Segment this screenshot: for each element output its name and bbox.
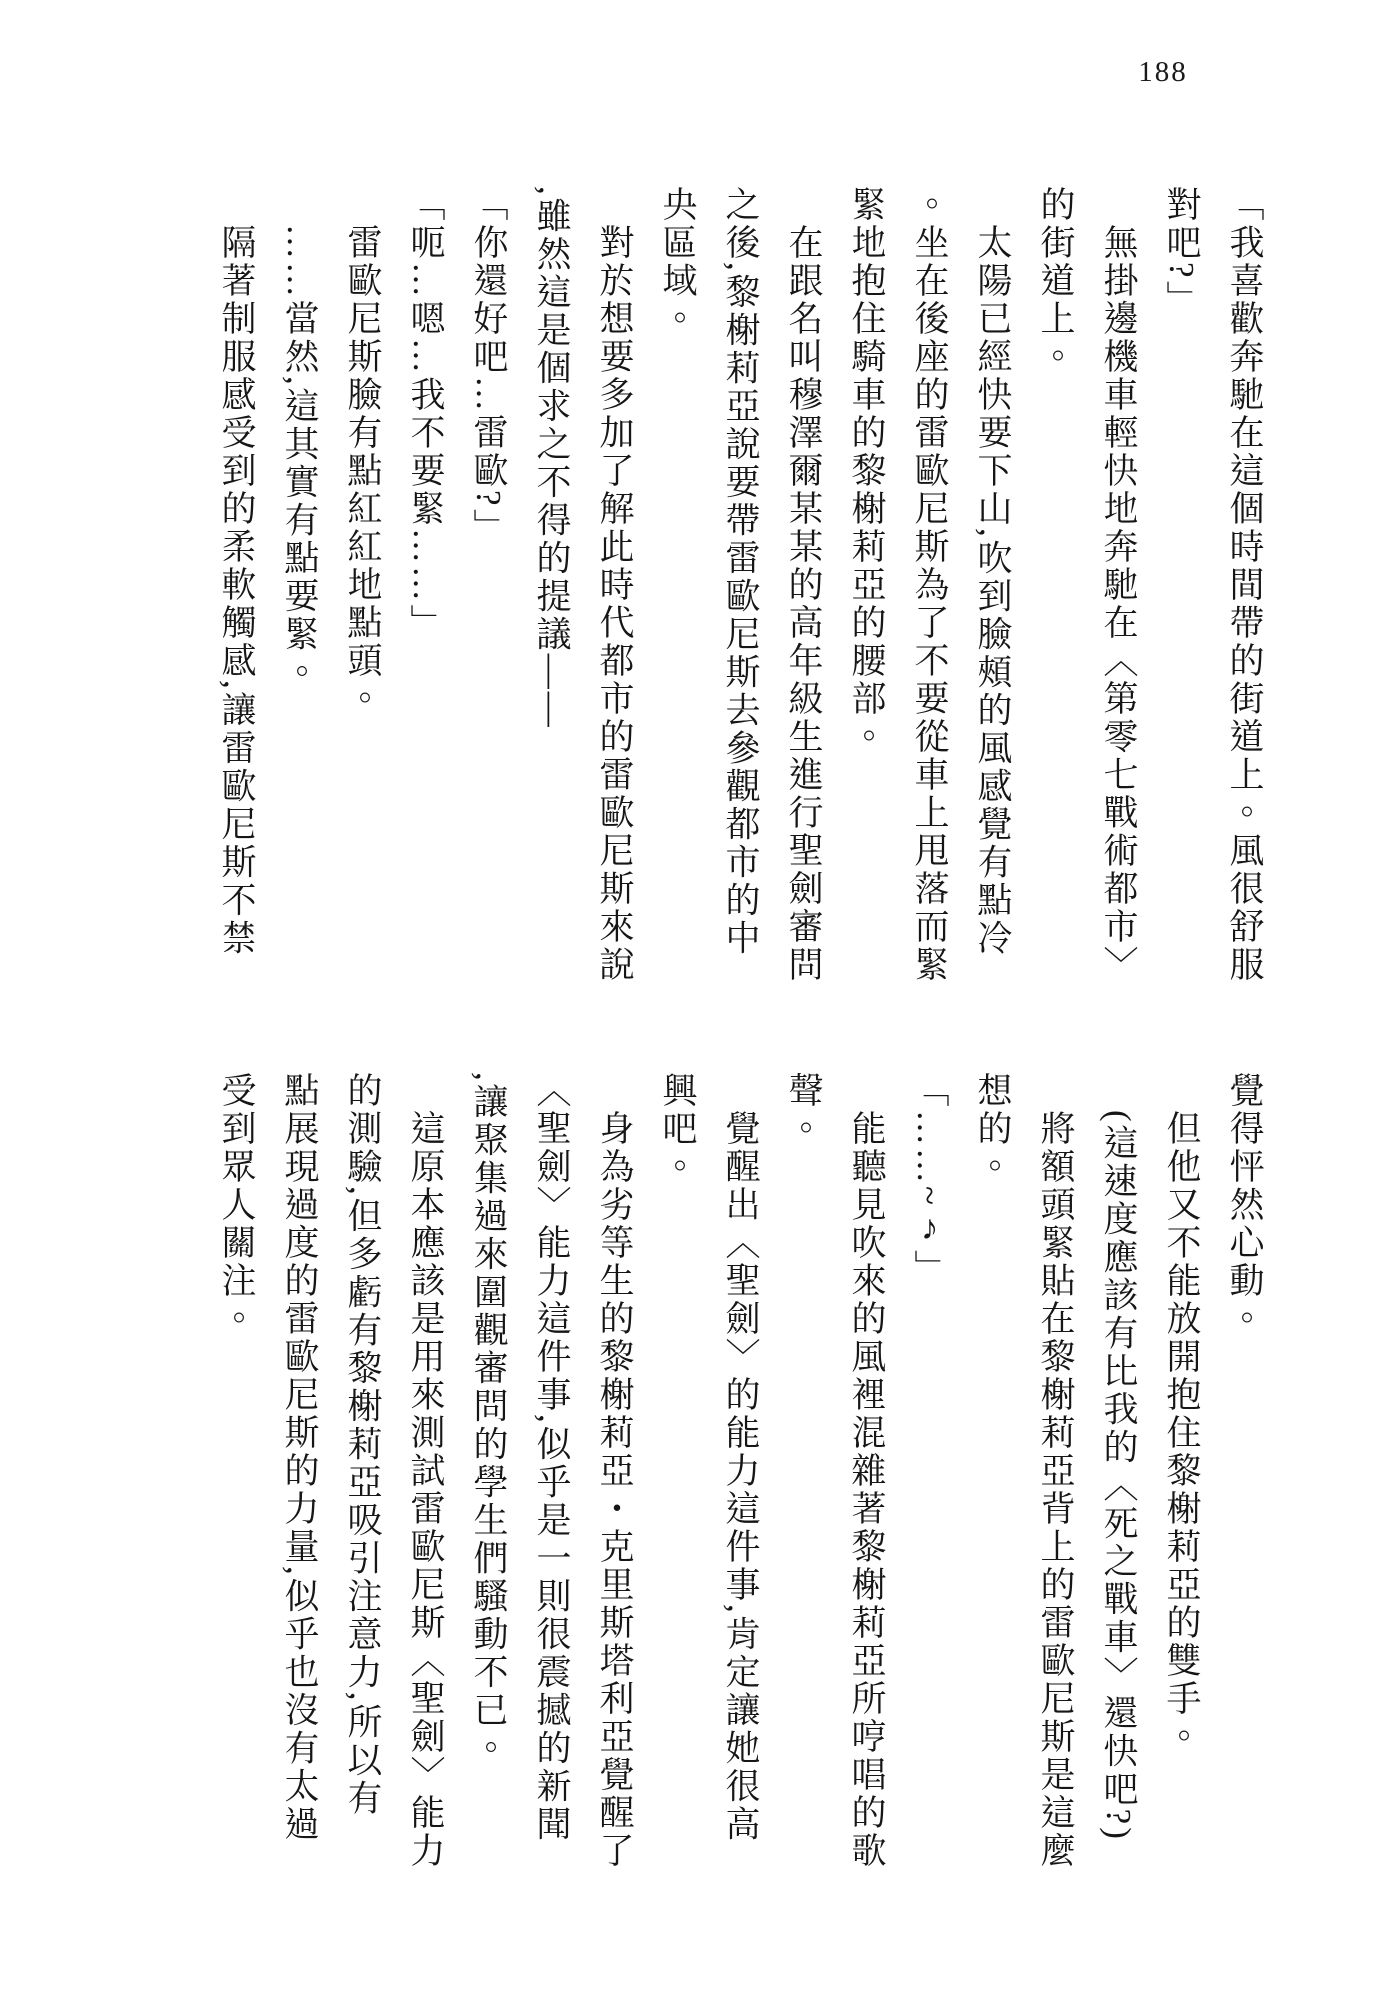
text-line: 覺得怦然心動。 <box>1213 1072 1276 1888</box>
text-line: 太陽已經快要下山,吹到臉頰的風感覺有點冷 <box>961 186 1024 998</box>
text-line: 「……~♪」 <box>898 1072 961 1888</box>
text-line: 在跟名叫穆澤爾某某的高年級生進行聖劍審問 <box>772 186 835 998</box>
page-number: 188 <box>1128 56 1198 89</box>
book-page: 188 「我喜歡奔馳在這個時間帶的街道上。風很舒服對吧?」無掛邊機車輕快地奔馳在… <box>0 0 1400 1989</box>
text-line: 覺醒出〈聖劍〉的能力這件事,肯定讓她很高 <box>709 1072 772 1888</box>
text-line: ,雖然這是個求之不得的提議—— <box>520 186 583 998</box>
text-line: 想的。 <box>961 1072 1024 1888</box>
text-line: 興吧。 <box>646 1072 709 1888</box>
text-line: 身為劣等生的黎榭莉亞・克里斯塔利亞覺醒了 <box>583 1072 646 1888</box>
text-line: 〈聖劍〉能力這件事,似乎是一則很震撼的新聞 <box>520 1072 583 1888</box>
text-band-top: 「我喜歡奔馳在這個時間帶的街道上。風很舒服對吧?」無掛邊機車輕快地奔馳在〈第零七… <box>205 186 1276 998</box>
text-line: ,讓聚集過來圍觀審問的學生們騷動不已。 <box>457 1072 520 1888</box>
text-line: 無掛邊機車輕快地奔馳在〈第零七戰術都市〉 <box>1087 186 1150 998</box>
text-line: (這速度應該有比我的〈死之戰車〉還快吧?) <box>1087 1072 1150 1888</box>
text-line: 但他又不能放開抱住黎榭莉亞的雙手。 <box>1150 1072 1213 1888</box>
text-line: 隔著制服感受到的柔軟觸感,讓雷歐尼斯不禁 <box>205 186 268 998</box>
text-line: 之後,黎榭莉亞說要帶雷歐尼斯去參觀都市的中 <box>709 186 772 998</box>
text-line: ……當然,這其實有點要緊。 <box>268 186 331 998</box>
text-line: 將額頭緊貼在黎榭莉亞背上的雷歐尼斯是這麼 <box>1024 1072 1087 1888</box>
text-line: 央區域。 <box>646 186 709 998</box>
text-line: 「我喜歡奔馳在這個時間帶的街道上。風很舒服 <box>1213 186 1276 998</box>
text-line: 「呃…嗯…我不要緊……」 <box>394 186 457 998</box>
text-band-bottom: 覺得怦然心動。但他又不能放開抱住黎榭莉亞的雙手。(這速度應該有比我的〈死之戰車〉… <box>205 1072 1276 1888</box>
text-line: 點展現過度的雷歐尼斯的力量,似乎也沒有太過 <box>268 1072 331 1888</box>
text-line: 能聽見吹來的風裡混雜著黎榭莉亞所哼唱的歌 <box>835 1072 898 1888</box>
text-line: 緊地抱住騎車的黎榭莉亞的腰部。 <box>835 186 898 998</box>
text-line: 聲。 <box>772 1072 835 1888</box>
text-line: 對吧?」 <box>1150 186 1213 998</box>
text-line: 這原本應該是用來測試雷歐尼斯〈聖劍〉能力 <box>394 1072 457 1888</box>
text-line: 對於想要多加了解此時代都市的雷歐尼斯來說 <box>583 186 646 998</box>
text-line: 的測驗,但多虧有黎榭莉亞吸引注意力,所以有 <box>331 1072 394 1888</box>
text-line: 。坐在後座的雷歐尼斯為了不要從車上甩落而緊 <box>898 186 961 998</box>
text-line: 雷歐尼斯臉有點紅紅地點頭。 <box>331 186 394 998</box>
text-line: 的街道上。 <box>1024 186 1087 998</box>
text-line: 受到眾人關注。 <box>205 1072 268 1888</box>
text-line: 「你還好吧…雷歐?」 <box>457 186 520 998</box>
